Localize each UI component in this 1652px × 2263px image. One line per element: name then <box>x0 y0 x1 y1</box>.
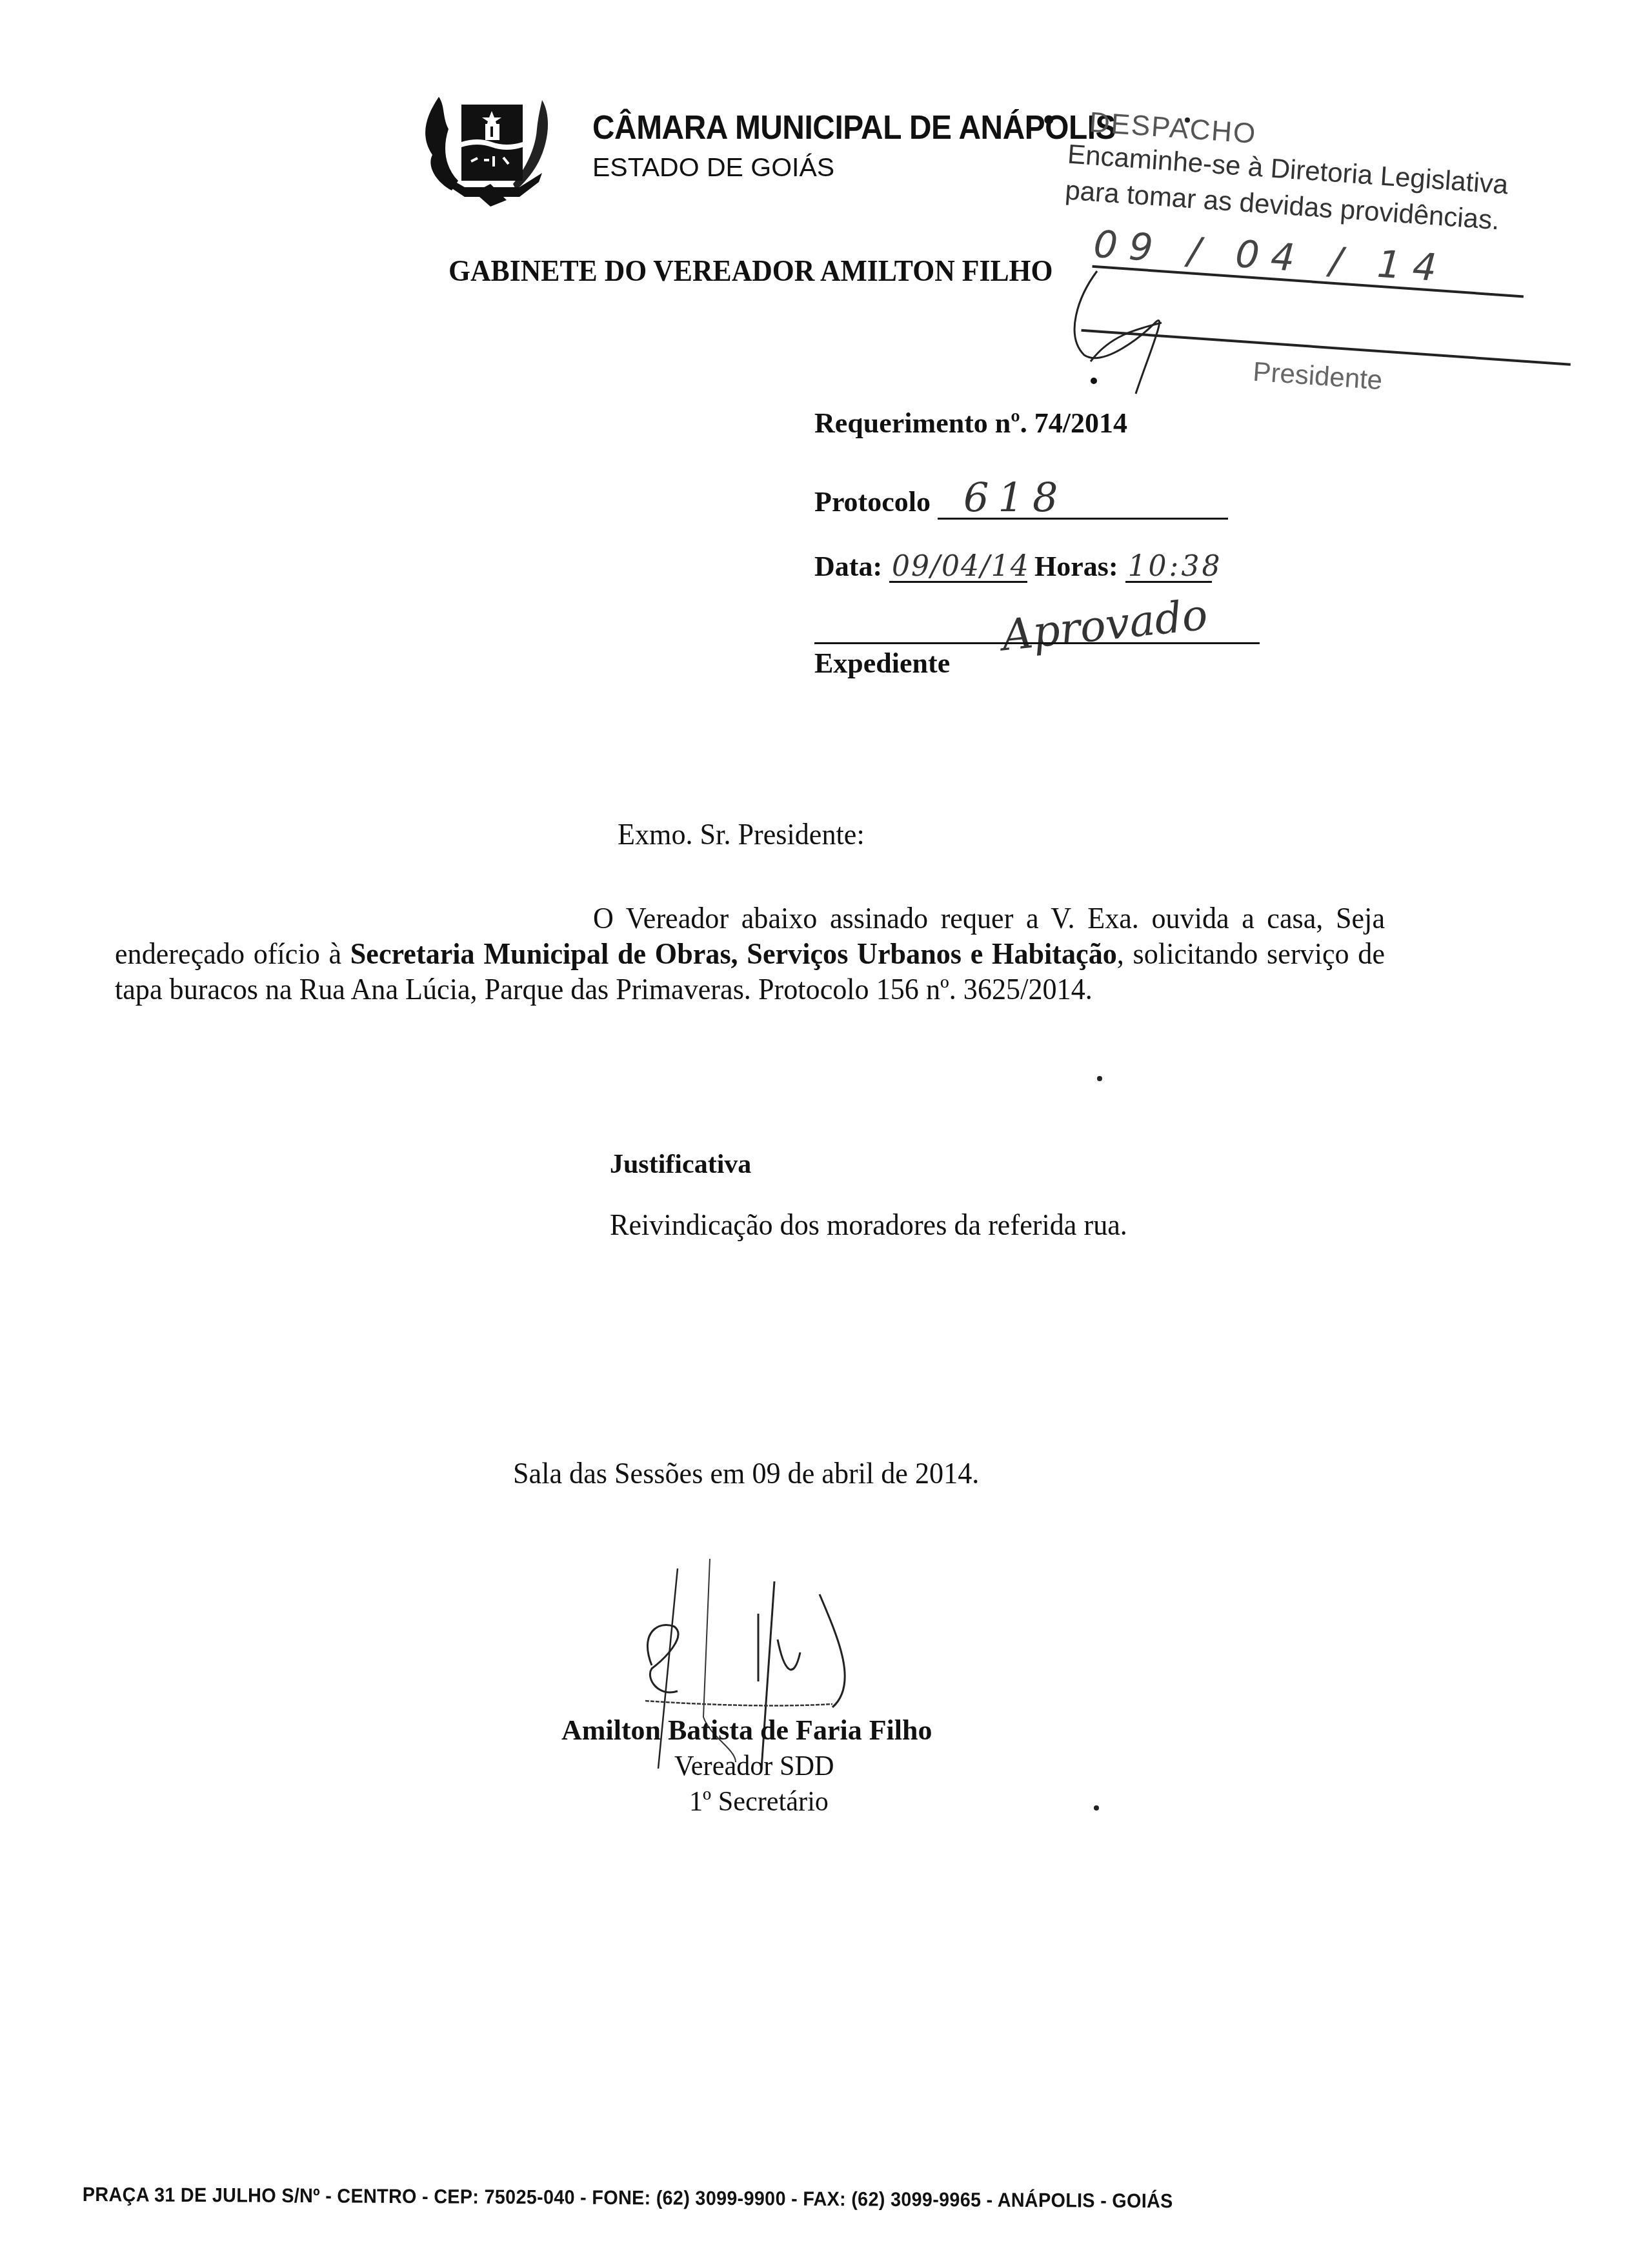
protocol-label: Protocolo <box>814 486 931 518</box>
signer-name: Amilton Batista de Faria Filho <box>561 1714 932 1747</box>
footer-address: PRAÇA 31 DE JULHO S/Nº - CENTRO - CEP: 7… <box>83 2183 1173 2213</box>
signer-title: 1º Secretário <box>689 1785 829 1819</box>
request-paragraph: O Vereador abaixo assinado requer a V. E… <box>115 900 1385 1008</box>
date-label: Data: <box>814 551 882 582</box>
salutation: Exmo. Sr. Presidente: <box>618 817 865 852</box>
organization-state: ESTADO DE GOIÁS <box>592 152 834 183</box>
protocol-row: Protocolo 618 <box>814 478 1228 520</box>
date-row: Data: 09/04/14 Horas: 10:38 <box>814 550 1212 583</box>
justification-title: Justificativa <box>610 1149 751 1180</box>
request-number: Requerimento nº. 74/2014 <box>814 407 1127 440</box>
justification-text: Reivindicação dos moradores da referida … <box>610 1207 1127 1243</box>
bullet-icon <box>1044 115 1054 125</box>
date-field: 09/04/14 <box>889 553 1027 583</box>
stamp-signature-label: Presidente <box>1252 356 1384 396</box>
scan-artifact <box>1097 1076 1102 1081</box>
scan-artifact <box>1185 117 1190 123</box>
dispatch-line <box>814 642 1260 644</box>
dispatch-handwritten-note: Aprovado <box>1000 589 1210 660</box>
protocol-field: 618 <box>938 478 1228 520</box>
coat-of-arms-icon <box>413 77 568 213</box>
session-place-date: Sala das Sessões em 09 de abril de 2014. <box>513 1456 979 1491</box>
scan-artifact <box>1094 1805 1099 1811</box>
president-signature-icon <box>1058 258 1226 416</box>
cabinet-title: GABINETE DO VEREADOR AMILTON FILHO <box>448 254 1053 288</box>
dispatch-label: Expediente <box>814 647 950 680</box>
request-entity: Secretaria Municipal de Obras, Serviços … <box>350 937 1117 970</box>
hours-label: Horas: <box>1034 551 1118 582</box>
signer-role: Vereador SDD <box>674 1749 834 1783</box>
organization-name: CÂMARA MUNICIPAL DE ANÁPOLIS <box>592 108 1116 147</box>
hours-field: 10:38 <box>1125 553 1212 583</box>
